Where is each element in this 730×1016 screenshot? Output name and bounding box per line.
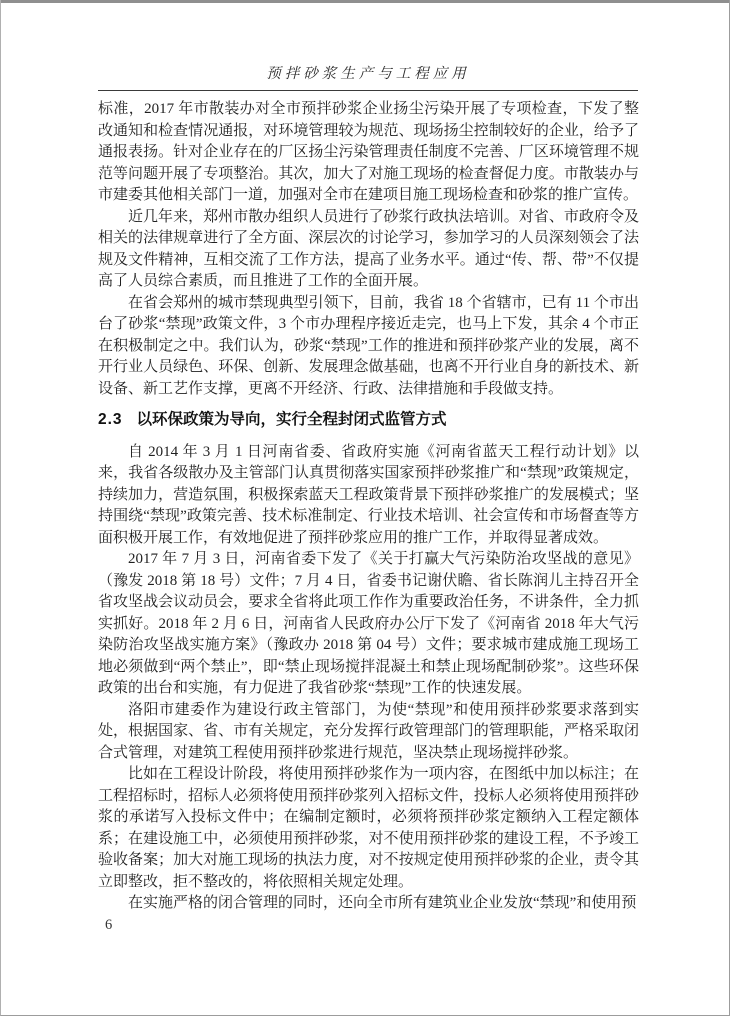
body-paragraph: 在省会郑州的城市禁现典型引领下，目前，我省 18 个省辖市，已有 11 个市出台… xyxy=(98,293,639,401)
document-page: 预拌砂浆生产与工程应用 标准，2017 年市散装办对全市预拌砂浆企业扬尘污染开展… xyxy=(0,0,730,1016)
page-header: 预拌砂浆生产与工程应用 xyxy=(98,62,638,91)
page-body: 标准，2017 年市散装办对全市预拌砂浆企业扬尘污染开展了专项检查，下发了整改通… xyxy=(98,99,639,915)
body-paragraph: 在实施严格的闭合管理的同时，还向全市所有建筑业企业发放“禁现”和使用预 xyxy=(98,893,639,915)
body-paragraph: 近几年来，郑州市散办组织人员进行了砂浆行政执法培训。对省、市政府令及相关的法律规… xyxy=(98,207,639,293)
body-paragraph: 洛阳市建委作为建设行政主管部门，为使“禁现”和使用预拌砂浆要求落到实处，根据国家… xyxy=(98,700,639,765)
body-paragraph: 自 2014 年 3 月 1 日河南省委、省政府实施《河南省蓝天工程行动计划》以… xyxy=(98,442,639,550)
section-heading: 2.3以环保政策为导向，实行全程封闭式监管方式 xyxy=(98,409,639,431)
body-paragraph: 比如在工程设计阶段，将使用预拌砂浆作为一项内容，在图纸中加以标注；在工程招标时，… xyxy=(98,764,639,893)
header-rule xyxy=(98,90,638,91)
section-title: 以环保政策为导向，实行全程封闭式监管方式 xyxy=(137,411,447,428)
scan-edge-top xyxy=(1,0,729,3)
section-number: 2.3 xyxy=(98,411,123,428)
continued-paragraph: 标准，2017 年市散装办对全市预拌砂浆企业扬尘污染开展了专项检查，下发了整改通… xyxy=(98,99,639,207)
page-number: 6 xyxy=(105,917,112,934)
running-title: 预拌砂浆生产与工程应用 xyxy=(98,62,638,83)
body-paragraph: 2017 年 7 月 3 日，河南省委下发了《关于打赢大气污染防治攻坚战的意见》… xyxy=(98,549,639,700)
